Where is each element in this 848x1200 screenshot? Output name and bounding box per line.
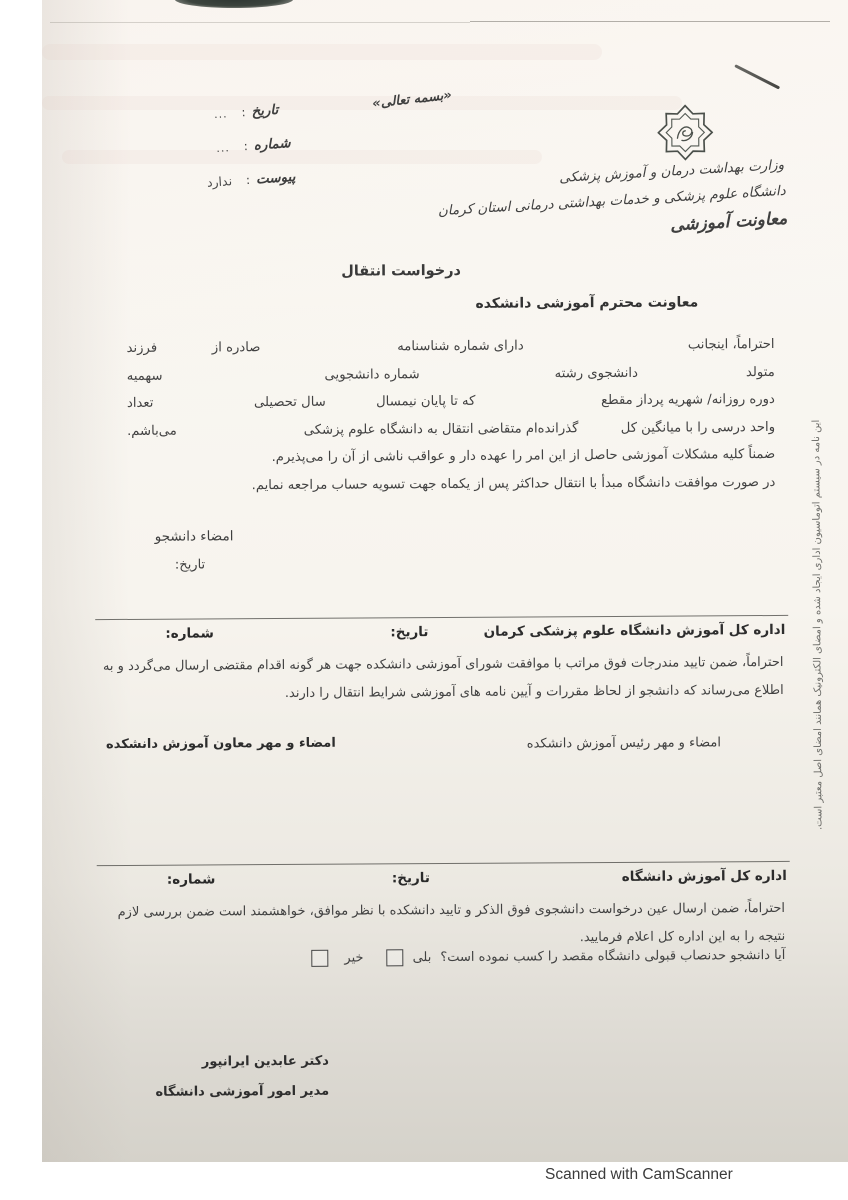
- paper-sheet: «بسمه تعالی» تاریخ : ... شماره : ... پیو…: [42, 0, 848, 1162]
- form-text: واحد درسی را با میانگین کل: [621, 419, 775, 435]
- date-colon: :: [227, 105, 252, 121]
- faculty-date-label: تاریخ:: [390, 624, 428, 640]
- student-signature-date-label: تاریخ:: [175, 557, 205, 572]
- university-paragraph: احتراماً، ضمن ارسال عین درخواست دانشجوی …: [97, 895, 785, 954]
- attachment-label: پیوست: [255, 167, 318, 187]
- form-text: که تا پایان نیمسال: [376, 394, 475, 410]
- recipient-line: معاونت محترم آموزشی دانشکده: [475, 294, 698, 311]
- faculty-head-signature-label: امضاء و مهر رئیس آموزش دانشکده: [527, 735, 721, 751]
- no-label: خیر: [344, 951, 363, 966]
- university-paragraph-line1: احتراماً، ضمن ارسال عین درخواست دانشجوی …: [97, 895, 785, 927]
- university-section-heading: اداره کل آموزش دانشگاه: [622, 868, 787, 885]
- signoff-block: دکتر عابدین ایرانپور مدیر امور آموزشی دا…: [161, 1047, 329, 1108]
- faculty-paragraph-line2: اطلاع می‌رساند که دانشجو از لحاظ مقررات …: [116, 676, 784, 708]
- yes-checkbox[interactable]: [386, 949, 403, 966]
- faculty-paragraph: احتراماً، ضمن تایید مندرجات فوق مراتب با…: [115, 649, 783, 708]
- form-text: سهمیه: [127, 368, 163, 383]
- yes-label: بلی: [413, 950, 432, 965]
- form-text: سال تحصیلی: [254, 395, 326, 410]
- blank-field: [260, 350, 397, 351]
- student-signature-label: امضاء دانشجو: [155, 528, 234, 544]
- admission-question: آیا دانشجو حدنصاب قبولی دانشگاه مقصد را …: [440, 948, 785, 965]
- form-text: احتراماً، اینجانب: [688, 337, 775, 353]
- date-value: ...: [214, 107, 228, 121]
- form-text: شماره دانشجویی: [324, 367, 419, 383]
- blank-field: [177, 433, 304, 434]
- university-date-label: تاریخ:: [392, 870, 430, 886]
- request-body: احتراماً، اینجانب دارای شماره شناسنامه ص…: [127, 337, 776, 506]
- form-line-1: احتراماً، اینجانب دارای شماره شناسنامه ص…: [127, 337, 775, 368]
- blank-field: [524, 349, 688, 350]
- form-text: دارای شماره شناسنامه: [397, 339, 524, 355]
- letter-meta-block: تاریخ : ... شماره : ... پیوست : ندارد: [137, 100, 319, 214]
- blank-field: [475, 404, 601, 405]
- bismillah-text: «بسمه تعالی»: [371, 88, 452, 112]
- signoff-name: دکتر عابدین ایرانپور: [161, 1047, 329, 1078]
- form-line-5: ضمناً کلیه مشکلات آموزشی حاصل از این امر…: [127, 447, 775, 478]
- admission-question-row: آیا دانشجو حدنصاب قبولی دانشگاه مقصد را …: [311, 947, 785, 967]
- signoff-title: مدیر امور آموزشی دانشگاه: [161, 1077, 329, 1108]
- blank-field: [638, 376, 746, 377]
- faculty-deputy-signature-label: امضاء و مهر معاون آموزش دانشکده: [106, 736, 336, 752]
- form-line-4: واحد درسی را با میانگین کل گذرانده‌ام مت…: [127, 419, 775, 450]
- no-checkbox[interactable]: [311, 950, 328, 967]
- scanned-document: «بسمه تعالی» تاریخ : ... شماره : ... پیو…: [0, 0, 848, 1200]
- attachment-value: ندارد: [206, 173, 232, 190]
- form-text: گذرانده‌ام متقاضی انتقال به دانشگاه علوم…: [304, 421, 579, 438]
- blank-field: [163, 378, 325, 379]
- date-label: تاریخ: [251, 100, 314, 120]
- blank-field: [420, 377, 555, 378]
- document-title: درخواست انتقال: [336, 263, 466, 280]
- form-text: دانشجوی رشته: [555, 365, 638, 381]
- form-line-2: متولد دانشجوی رشته شماره دانشجویی سهمیه: [127, 364, 775, 395]
- form-line-3: دوره روزانه/ شهریه پرداز مقطع که تا پایا…: [127, 392, 775, 423]
- faculty-section-heading: اداره کل آموزش دانشگاه علوم پزشکی کرمان: [484, 622, 786, 640]
- camscanner-watermark: Scanned with CamScanner: [545, 1166, 733, 1184]
- automation-margin-note: این نامه در سیستم اتوماسیون اداری ایجاد …: [811, 420, 825, 960]
- form-line-6: در صورت موافقت دانشگاه مبدأ با انتقال حد…: [127, 474, 775, 505]
- number-label: شماره: [253, 133, 316, 153]
- section-divider: [95, 615, 788, 621]
- form-text: فرزند: [127, 341, 158, 356]
- attachment-colon: :: [232, 173, 257, 189]
- section-divider: [97, 861, 790, 867]
- form-text: تعداد: [127, 396, 154, 411]
- faculty-number-label: شماره:: [165, 625, 214, 641]
- university-number-label: شماره:: [167, 871, 216, 887]
- form-text: می‌باشم.: [127, 423, 177, 438]
- letterhead-block: وزارت بهداشت درمان و آموزش پزشکی دانشگاه…: [435, 152, 787, 252]
- blank-field: [153, 406, 254, 407]
- faculty-paragraph-line1: احتراماً، ضمن تایید مندرجات فوق مراتب با…: [115, 649, 783, 681]
- form-text: متولد: [746, 364, 775, 379]
- number-value: ...: [216, 141, 230, 155]
- number-colon: :: [229, 139, 254, 155]
- form-text: صادره از: [212, 340, 261, 355]
- form-text: دوره روزانه/ شهریه پرداز مقطع: [601, 392, 775, 408]
